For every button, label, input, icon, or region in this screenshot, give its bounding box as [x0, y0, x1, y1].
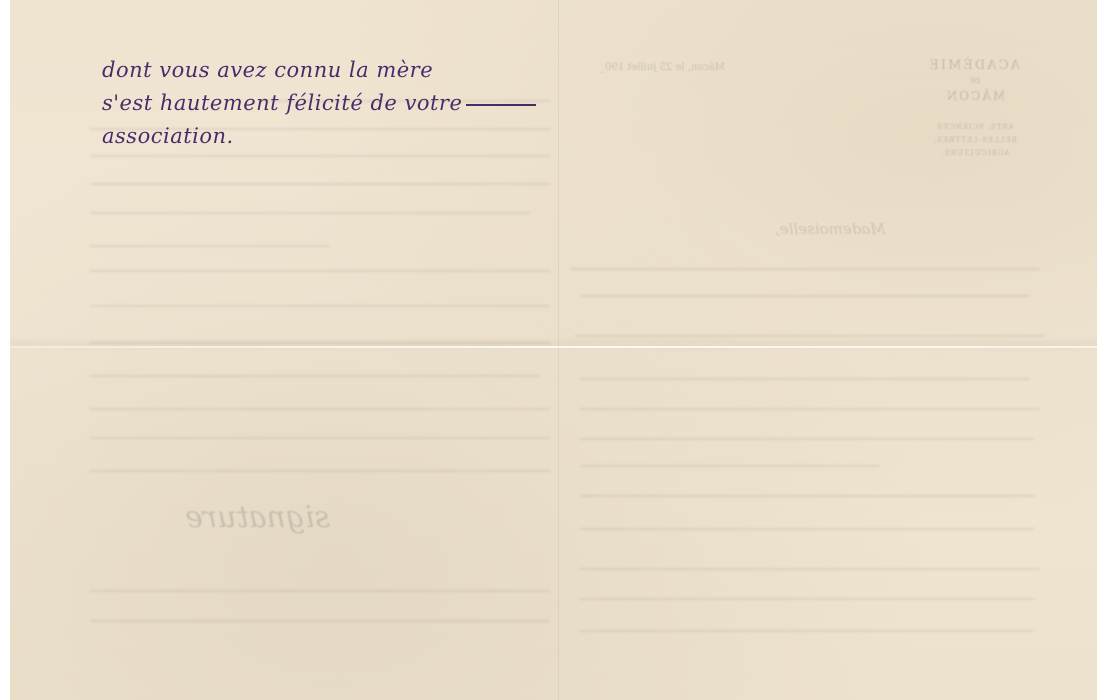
line-end-flourish — [466, 104, 536, 106]
ghost-line — [580, 568, 1040, 570]
letterhead-line: BELLES-LETTRES, — [930, 134, 1020, 147]
ghost-line — [90, 437, 550, 439]
letterhead-line: AGRICULTURE. — [930, 147, 1020, 160]
ghost-line — [90, 245, 330, 247]
ghost-line — [580, 528, 1035, 530]
handwritten-line-2-text: s'est hautement félicité de votre — [102, 91, 462, 115]
handwritten-line-1: dont vous avez connu la mère — [102, 54, 536, 87]
ghost-salutation: Mademoiselle, — [775, 220, 886, 238]
ghost-line — [580, 598, 1035, 600]
ghost-line — [580, 465, 880, 467]
ghost-line — [90, 183, 550, 185]
ghost-line — [90, 155, 550, 157]
ghost-line — [580, 295, 1030, 297]
ghost-line — [580, 378, 1030, 380]
ghost-line — [90, 590, 550, 592]
ghost-line — [90, 212, 530, 214]
ghost-line — [90, 375, 540, 377]
ghost-line — [90, 270, 550, 272]
ghost-line — [570, 268, 1040, 270]
signature-bleedthrough: signature — [80, 500, 330, 540]
ghost-line — [580, 408, 1040, 410]
ghost-line — [580, 495, 1035, 497]
letter-sheet: ACADÉMIE DE MÂCON ARTS, SCIENCES BELLES-… — [10, 0, 1097, 700]
ghost-line — [580, 438, 1035, 440]
ghost-line — [90, 342, 550, 344]
ghost-line — [90, 620, 550, 622]
letterhead-subtitle: ARTS, SCIENCES BELLES-LETTRES, AGRICULTU… — [930, 121, 1020, 160]
letterhead-line: ACADÉMIE — [930, 58, 1020, 73]
letterhead-line: ARTS, SCIENCES — [930, 121, 1020, 134]
dateline-bleedthrough: Mâcon, le 25 juillet 190_ — [600, 62, 725, 73]
ghost-line — [90, 408, 550, 410]
letterhead-line: MÂCON — [930, 89, 1020, 103]
letterhead-bleedthrough: ACADÉMIE DE MÂCON ARTS, SCIENCES BELLES-… — [930, 58, 1020, 160]
ghost-line — [580, 630, 1035, 632]
ghost-line — [90, 470, 550, 472]
vertical-fold — [558, 0, 559, 700]
handwritten-line-2: s'est hautement félicité de votre — [102, 87, 536, 120]
ghost-line — [90, 305, 550, 307]
handwritten-text: dont vous avez connu la mère s'est haute… — [102, 54, 536, 153]
handwritten-line-3: association. — [102, 120, 536, 153]
ghost-line — [575, 335, 1045, 337]
letterhead-line: DE — [930, 77, 1020, 85]
horizontal-fold — [10, 346, 1097, 348]
